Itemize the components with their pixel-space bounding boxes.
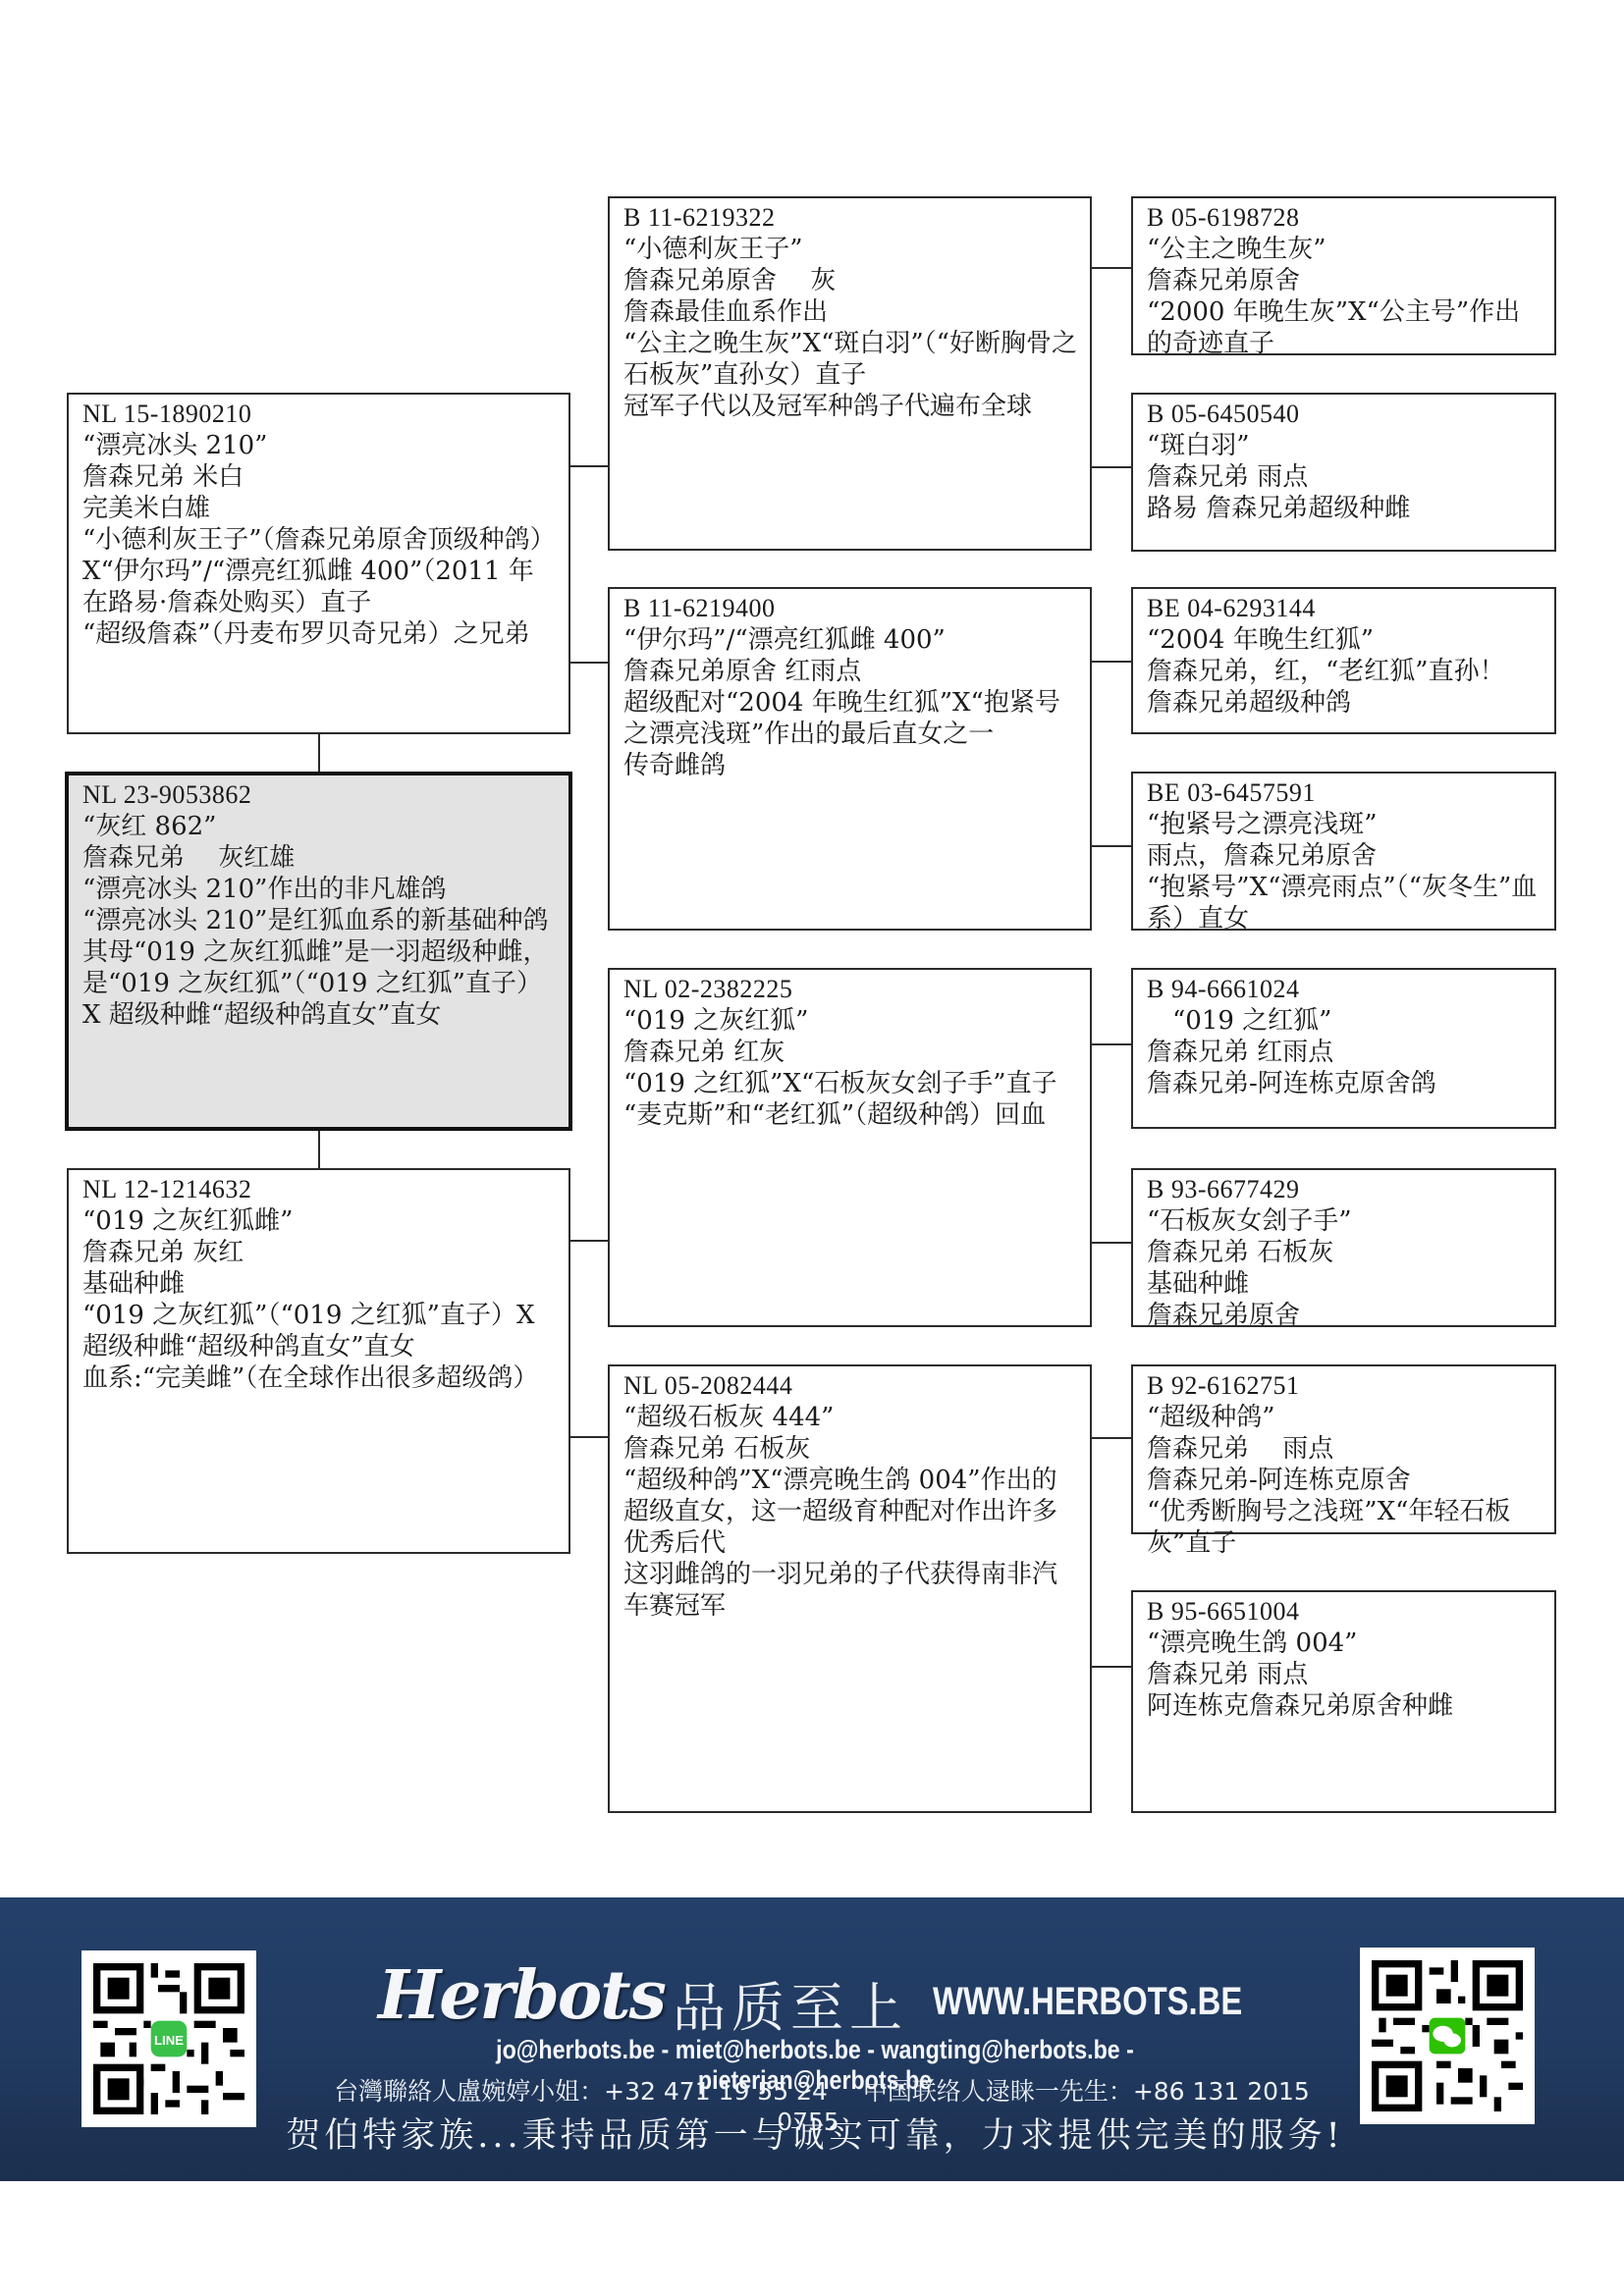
- card-line: 詹森兄弟-阿连栋克原舍: [1147, 1465, 1543, 1496]
- card-line: “抱紧号”X“漂亮雨点”（“灰冬生”血系）直女: [1147, 872, 1543, 934]
- contact-taiwan: 台灣聯絡人盧婉婷小姐：+32 471 19 55 24: [334, 2077, 828, 2106]
- card-line: “抱紧号之漂亮浅斑”: [1147, 809, 1543, 840]
- card-line: 詹森兄弟 雨点: [1147, 461, 1543, 493]
- card-line: “麦克斯”和“老红狐”（超级种鸽）回血: [623, 1099, 1078, 1131]
- connector-dam-gp3: [570, 1240, 608, 1242]
- card-line: 詹森兄弟超级种鸽: [1147, 687, 1543, 719]
- ring-number: BE 03-6457591: [1147, 777, 1543, 809]
- card-line: 血系:“完美雌”（在全球作出很多超级鸽）: [82, 1362, 557, 1394]
- ring-number: B 95-6651004: [1147, 1596, 1543, 1628]
- card-line: 詹森最佳血系作出: [623, 296, 1078, 328]
- card-line: “小德利灰王子”: [623, 234, 1078, 265]
- ring-number: B 92-6162751: [1147, 1370, 1543, 1402]
- pedigree-card-subject: NL 23-9053862 “灰红 862” 詹森兄弟 灰红雄 “漂亮冰头 21…: [65, 772, 572, 1131]
- pedigree-card-dam: NL 12-1214632 “019 之灰红狐雌” 詹森兄弟 灰红 基础种雌 “…: [67, 1168, 570, 1554]
- card-line: “公主之晚生灰”: [1147, 234, 1543, 265]
- connector-gp3-ggp5: [1092, 1043, 1131, 1045]
- card-line: 基础种雌: [1147, 1268, 1543, 1300]
- card-line: 詹森兄弟 石板灰: [1147, 1237, 1543, 1268]
- card-line: 路易 詹森兄弟超级种雌: [1147, 493, 1543, 524]
- card-line: “漂亮晚生鸽 004”: [1147, 1628, 1543, 1659]
- card-line: “超级种鸽”: [1147, 1402, 1543, 1433]
- card-line: 詹森兄弟原舍: [1147, 265, 1543, 296]
- card-line: 詹森兄弟，红，“老红狐”直孙！: [1147, 656, 1543, 687]
- card-line: 詹森兄弟 灰红: [82, 1237, 557, 1268]
- card-line: “小德利灰王子”（詹森兄弟原舍顶级种鸽）X“伊尔玛”/“漂亮红狐雌 400”（2…: [82, 524, 557, 618]
- card-line: 雨点，詹森兄弟原舍: [1147, 840, 1543, 872]
- card-line: 基础种雌: [82, 1268, 557, 1300]
- pedigree-card-great-grandparent-2: B 05-6450540 “斑白羽” 詹森兄弟 雨点 路易 詹森兄弟超级种雌: [1131, 393, 1556, 552]
- pedigree-card-grandparent-4: NL 05-2082444 “超级石板灰 444” 詹森兄弟 石板灰 “超级种鸽…: [608, 1364, 1092, 1813]
- connector-gp1-ggp1: [1092, 267, 1131, 269]
- pedigree-card-great-grandparent-3: BE 04-6293144 “2004 年晚生红狐” 詹森兄弟，红，“老红狐”直…: [1131, 587, 1556, 734]
- card-line: “斑白羽”: [1147, 430, 1543, 461]
- ring-number: BE 04-6293144: [1147, 593, 1543, 624]
- company-motto: 贺伯特家族...秉持品质第一与诚实可靠，力求提供完美的服务!: [285, 2109, 1345, 2158]
- brand-header: Herbots 品质至上 WWW.HERBOTS.BE: [378, 1956, 1262, 2035]
- connector-dam-gp4: [570, 1436, 608, 1438]
- card-line: “公主之晚生灰”X“斑白羽”（“好断胸骨之石板灰”直孙女）直子: [623, 328, 1078, 391]
- card-line: 詹森兄弟原舍 红雨点: [623, 656, 1078, 687]
- card-line: 詹森兄弟原舍 灰: [623, 265, 1078, 296]
- card-line: “漂亮冰头 210”作出的非凡雄鸽: [82, 874, 557, 905]
- card-line: 完美米白雄: [82, 493, 557, 524]
- ring-number: B 05-6450540: [1147, 399, 1543, 430]
- card-line: 这羽雌鸽的一羽兄弟的子代获得南非汽车赛冠军: [623, 1559, 1078, 1622]
- line-qr-code[interactable]: LINE: [81, 1950, 256, 2127]
- ring-number: B 11-6219322: [623, 202, 1078, 234]
- card-line: 詹森兄弟 红灰: [623, 1037, 1078, 1068]
- card-line: 詹森兄弟 雨点: [1147, 1659, 1543, 1690]
- card-line: 詹森兄弟 雨点: [1147, 1433, 1543, 1465]
- card-line: “019 之红狐”: [1147, 1005, 1543, 1037]
- card-line: 詹森兄弟 米白: [82, 461, 557, 493]
- card-line: “019 之灰红狐雌”: [82, 1205, 557, 1237]
- card-line: “优秀断胸号之浅斑”X“年轻石板灰”直子: [1147, 1496, 1543, 1559]
- connector-gp2-ggp3: [1092, 661, 1131, 663]
- footer-banner: LINE Herbots 品质至上 WWW.HERBOTS.BE jo@herb…: [0, 1897, 1624, 2181]
- card-line: “2004 年晚生红狐”: [1147, 624, 1543, 656]
- connector-gp1-ggp2: [1092, 466, 1131, 468]
- card-line: “伊尔玛”/“漂亮红狐雌 400”: [623, 624, 1078, 656]
- card-line: “2000 年晚生灰”X“公主号”作出的奇迹直子: [1147, 296, 1543, 359]
- brand-slogan: 品质至上: [673, 1966, 908, 2042]
- card-line: 超级配对“2004 年晚生红狐”X“抱紧号之漂亮浅斑”作出的最后直女之一: [623, 687, 1078, 750]
- card-line: 詹森兄弟-阿连栋克原舍鸽: [1147, 1068, 1543, 1099]
- connector-subject-dam: [318, 1131, 320, 1168]
- card-line: 冠军子代以及冠军种鸽子代遍布全球: [623, 391, 1078, 422]
- card-line: “漂亮冰头 210”是红狐血系的新基础种鸽: [82, 905, 557, 936]
- pedigree-card-great-grandparent-4: BE 03-6457591 “抱紧号之漂亮浅斑” 雨点，詹森兄弟原舍 “抱紧号”…: [1131, 772, 1556, 931]
- svg-text:LINE: LINE: [154, 2033, 184, 2048]
- ring-number: NL 02-2382225: [623, 974, 1078, 1005]
- card-line: “超级种鸽”X“漂亮晚生鸽 004”作出的超级直女，这一超级育种配对作出许多优秀…: [623, 1465, 1078, 1559]
- card-line: 阿连栋克詹森兄弟原舍种雌: [1147, 1690, 1543, 1722]
- pedigree-card-great-grandparent-8: B 95-6651004 “漂亮晚生鸽 004” 詹森兄弟 雨点 阿连栋克詹森兄…: [1131, 1590, 1556, 1813]
- connector-gp3-ggp6: [1092, 1242, 1131, 1244]
- herbots-logo: Herbots: [378, 1956, 665, 2035]
- card-line: “019 之灰红狐”（“019 之红狐”直子）X 超级种雌“超级种鸽直女”直女: [82, 1300, 557, 1362]
- qr-code-icon: LINE: [93, 1962, 244, 2115]
- pedigree-card-sire: NL 15-1890210 “漂亮冰头 210” 詹森兄弟 米白 完美米白雄 “…: [67, 393, 570, 734]
- pedigree-card-grandparent-1: B 11-6219322 “小德利灰王子” 詹森兄弟原舍 灰 詹森最佳血系作出 …: [608, 196, 1092, 551]
- ring-number: B 11-6219400: [623, 593, 1078, 624]
- ring-number: NL 15-1890210: [82, 399, 557, 430]
- wechat-qr-code[interactable]: [1360, 1948, 1535, 2124]
- card-line: “超级詹森”（丹麦布罗贝奇兄弟）之兄弟: [82, 618, 557, 650]
- card-line: 詹森兄弟原舍: [1147, 1300, 1543, 1331]
- website-link[interactable]: WWW.HERBOTS.BE: [933, 1980, 1242, 2024]
- ring-number: NL 12-1214632: [82, 1174, 557, 1205]
- connector-sire-subject: [318, 734, 320, 772]
- qr-code-icon: [1372, 1959, 1523, 2112]
- card-line: 其母“019 之灰红狐雌”是一羽超级种雌，是“019 之灰红狐”（“019 之红…: [82, 936, 557, 1031]
- ring-number: NL 05-2082444: [623, 1370, 1078, 1402]
- connector-gp4-ggp8: [1092, 1666, 1131, 1668]
- card-line: “019 之红狐”X“石板灰女刽子手”直子: [623, 1068, 1078, 1099]
- connector-sire-gp1: [570, 465, 608, 467]
- connector-sire-gp2: [570, 662, 608, 664]
- card-line: 传奇雌鸽: [623, 750, 1078, 781]
- card-line: “石板灰女刽子手”: [1147, 1205, 1543, 1237]
- card-line: 詹森兄弟 红雨点: [1147, 1037, 1543, 1068]
- connector-gp4-ggp7: [1092, 1437, 1131, 1439]
- pedigree-card-grandparent-3: NL 02-2382225 “019 之灰红狐” 詹森兄弟 红灰 “019 之红…: [608, 968, 1092, 1327]
- ring-number: B 94-6661024: [1147, 974, 1543, 1005]
- pedigree-card-great-grandparent-5: B 94-6661024 “019 之红狐” 詹森兄弟 红雨点 詹森兄弟-阿连栋…: [1131, 968, 1556, 1129]
- card-line: “漂亮冰头 210”: [82, 430, 557, 461]
- pedigree-card-great-grandparent-6: B 93-6677429 “石板灰女刽子手” 詹森兄弟 石板灰 基础种雌 詹森兄…: [1131, 1168, 1556, 1327]
- pedigree-card-great-grandparent-1: B 05-6198728 “公主之晚生灰” 詹森兄弟原舍 “2000 年晚生灰”…: [1131, 196, 1556, 355]
- pedigree-card-great-grandparent-7: B 92-6162751 “超级种鸽” 詹森兄弟 雨点 詹森兄弟-阿连栋克原舍 …: [1131, 1364, 1556, 1534]
- ring-number: B 93-6677429: [1147, 1174, 1543, 1205]
- ring-number: NL 23-9053862: [82, 779, 557, 811]
- connector-gp2-ggp4: [1092, 845, 1131, 847]
- ring-number: B 05-6198728: [1147, 202, 1543, 234]
- card-line: 詹森兄弟 灰红雄: [82, 842, 557, 874]
- card-line: “019 之灰红狐”: [623, 1005, 1078, 1037]
- card-line: 詹森兄弟 石板灰: [623, 1433, 1078, 1465]
- card-line: “超级石板灰 444”: [623, 1402, 1078, 1433]
- card-line: “灰红 862”: [82, 811, 557, 842]
- pedigree-card-grandparent-2: B 11-6219400 “伊尔玛”/“漂亮红狐雌 400” 詹森兄弟原舍 红雨…: [608, 587, 1092, 931]
